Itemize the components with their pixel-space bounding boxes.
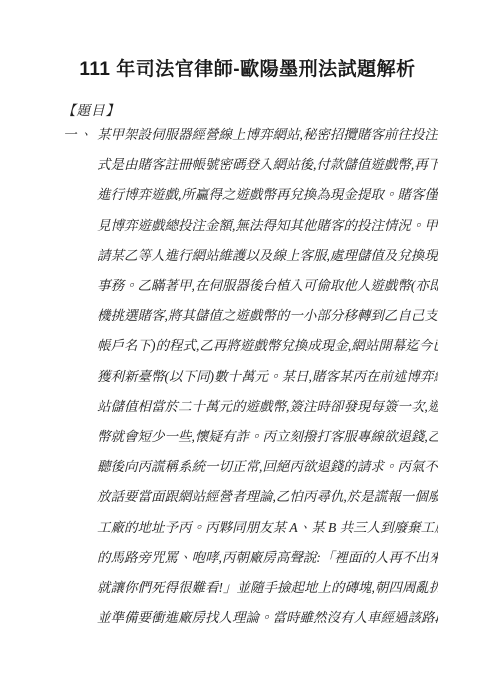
document-title: 111 年司法官律師-歐陽墨刑法試題解析 [0, 57, 495, 83]
question-item: 一、 某甲架設伺服器經營線上博弈網站,秘密招攬賭客前往投注,方式是由賭客註冊帳號… [63, 120, 438, 633]
question-text-line: 並準備要衝進廠房找人理論。當時雖然沒有人車經過該路段,但 [97, 603, 438, 633]
question-text-line: 工廠的地址予丙。丙夥同朋友某 A、某 B 共三人到廢棄工廠門口 [97, 513, 438, 543]
question-text-line: 進行博弈遊戲,所贏得之遊戲幣再兌換為現金提取。賭客僅能看 [97, 180, 438, 210]
question-text-line: 請某乙等人進行網站維護以及線上客服,處理儲值及兌換現金等 [97, 241, 438, 271]
question-text-line: 聽後向丙謊稱系統一切正常,回絕丙欲退錢的請求。丙氣不過, [97, 452, 438, 482]
question-text-line: 放話要當面跟網站經營者理論,乙怕丙尋仇,於是謊報一個廢棄 [97, 482, 438, 512]
question-text-line: 見博弈遊戲總投注金額,無法得知其他賭客的投注情況。甲另僱 [97, 211, 438, 241]
question-text-line: 站儲值相當於二十萬元的遊戲幣,簽注時卻發現每簽一次,遊戲 [97, 392, 438, 422]
question-text-line: 機挑選賭客,將其儲值之遊戲幣的一小部分移轉到乙自己支配的 [97, 301, 438, 331]
question-text-line: 帳戶名下)的程式,乙再將遊戲幣兌換成現金,網站開幕迄今已 [97, 331, 438, 361]
question-text-line: 事務。乙瞞著甲,在伺服器後台植入可偷取他人遊戲幣(亦即隨 [97, 271, 438, 301]
question-number: 一、 [63, 120, 97, 150]
question-text-line: 獲利新臺幣(以下同)數十萬元。某日,賭客某丙在前述博弈網 [97, 362, 438, 392]
question-text-line: 幣就會短少一些,懷疑有詐。丙立刻撥打客服專線欲退錢,乙接 [97, 422, 438, 452]
question-text-line: 就讓你們死得很難看!」並隨手撿起地上的磚塊,朝四周亂扔, [97, 573, 438, 603]
question-text-line: 的馬路旁咒罵、咆哮,丙朝廠房高聲說:「裡面的人再不出來, [97, 543, 438, 573]
section-label-question: 【題目】 [62, 102, 495, 119]
document-page: 111 年司法官律師-歐陽墨刑法試題解析 【題目】 一、 某甲架設伺服器經營線上… [0, 0, 495, 700]
question-text: 某甲架設伺服器經營線上博弈網站,秘密招攬賭客前往投注,方式是由賭客註冊帳號密碼登… [97, 120, 438, 633]
question-text-line: 某甲架設伺服器經營線上博弈網站,秘密招攬賭客前往投注,方 [97, 120, 438, 150]
question-text-line: 式是由賭客註冊帳號密碼登入網站後,付款儲值遊戲幣,再下注 [97, 150, 438, 180]
